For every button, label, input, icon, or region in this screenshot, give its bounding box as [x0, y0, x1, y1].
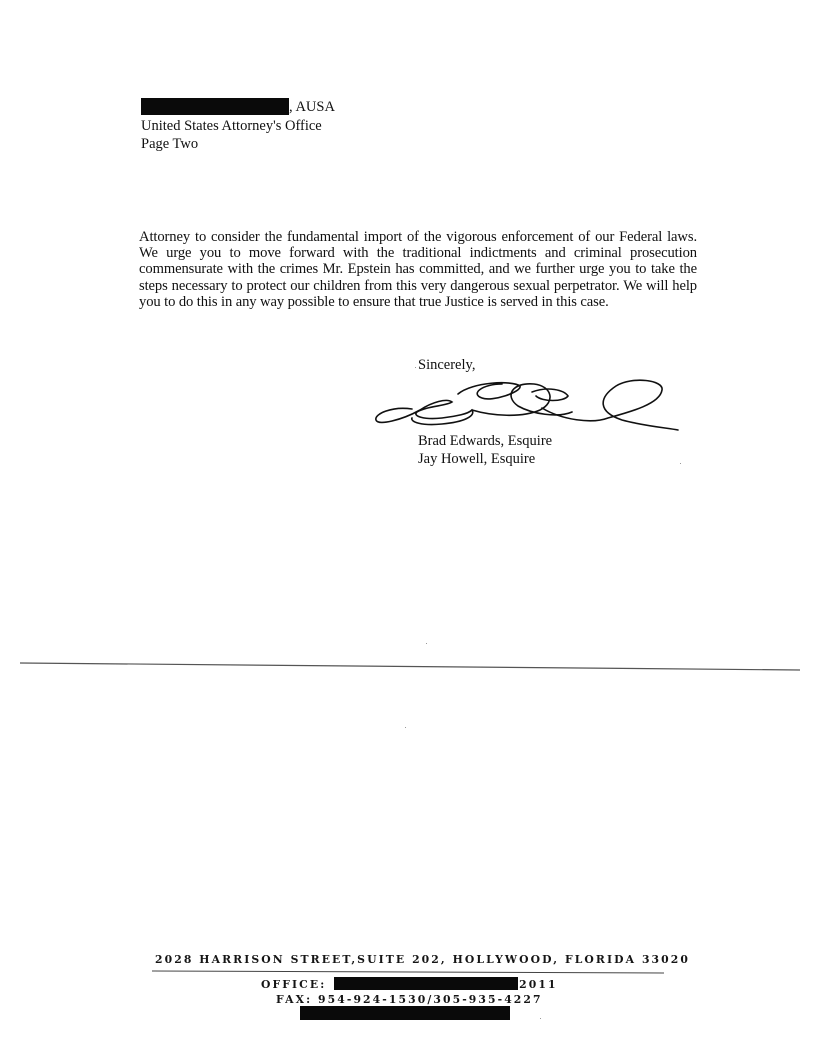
scan-speck	[415, 367, 416, 368]
closing-salutation: Sincerely,	[418, 356, 475, 374]
horizontal-rule	[20, 662, 800, 672]
office-label: OFFICE:	[261, 978, 326, 991]
page-number: Page Two	[141, 135, 198, 153]
redacted-office-phone	[334, 977, 518, 990]
scan-speck	[405, 727, 406, 728]
scan-speck	[426, 643, 427, 644]
recipient-title: , AUSA	[289, 99, 335, 115]
signature-icon	[372, 376, 682, 434]
redacted-recipient-name	[141, 98, 289, 115]
footer-office-line: OFFICE: 2011	[261, 978, 558, 991]
redacted-footer-line	[300, 1006, 510, 1020]
scan-speck	[540, 1018, 541, 1019]
footer-fax: FAX: 954-924-1530/305-935-4227	[276, 993, 543, 1006]
signer-2: Jay Howell, Esquire	[418, 450, 535, 468]
letter-body-paragraph: Attorney to consider the fundamental imp…	[139, 229, 697, 310]
footer-address: 2028 HARRISON STREET,SUITE 202, HOLLYWOO…	[155, 953, 690, 966]
recipient-office: United States Attorney's Office	[141, 117, 322, 135]
recipient-line: , AUSA	[141, 98, 335, 116]
office-suffix: 2011	[519, 978, 557, 991]
scan-speck	[680, 463, 681, 464]
signer-1: Brad Edwards, Esquire	[418, 432, 552, 450]
footer-divider	[152, 970, 664, 974]
